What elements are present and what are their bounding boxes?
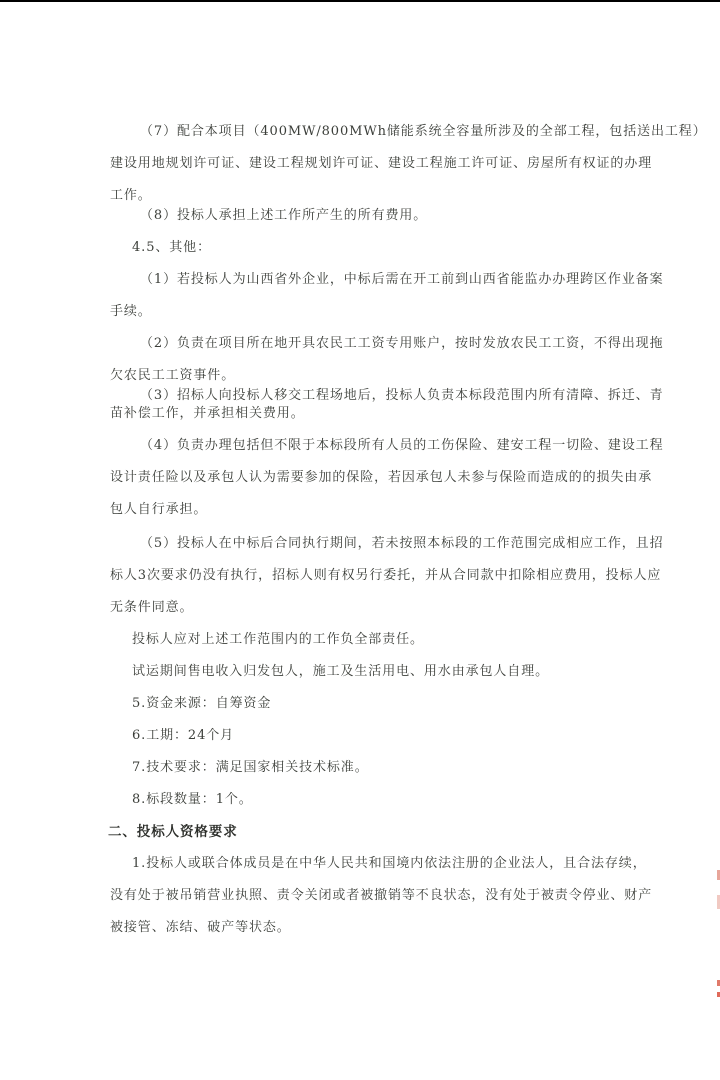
paragraph-line: 被接管、冻结、破产等状态。 [110, 920, 291, 936]
top-edge-bar [0, 0, 720, 2]
paragraph-line: 试运期间售电收入归发包人，施工及生活用电、用水由承包人自理。 [132, 664, 549, 680]
paragraph-line: 5.资金来源：自筹资金 [132, 696, 271, 712]
paragraph-line: 4.5、其他： [132, 240, 211, 256]
paragraph-line: （1）若投标人为山西省外企业，中标后需在开工前到山西省能监办办理跨区作业备案 [140, 272, 663, 288]
paragraph-line: 包人自行承担。 [110, 502, 207, 518]
paragraph-line: 建设用地规划许可证、建设工程规划许可证、建设工程施工许可证、房屋所有权证的办理 [110, 156, 652, 172]
paragraph-line: 没有处于被吊销营业执照、责令关闭或者被撤销等不良状态，没有处于被责令停业、财产 [110, 888, 652, 904]
paragraph-line: （3）招标人向投标人移交工程场地后，投标人负责本标段范围内所有清障、拆迁、青 [140, 388, 663, 404]
paragraph-line: 标人3次要求仍没有执行，招标人则有权另行委托，并从合同款中扣除相应费用，投标人应 [110, 568, 661, 584]
paragraph-line: 设计责任险以及承包人认为需要参加的保险，若因承包人未参与保险而造成的的损失由承 [110, 470, 652, 486]
paragraph-line: 投标人应对上述工作范围内的工作负全部责任。 [132, 632, 424, 648]
paragraph-line: （8）投标人承担上述工作所产生的所有费用。 [140, 208, 427, 224]
paragraph-line: 1.投标人或联合体成员是在中华人民共和国境内依法注册的企业法人，且合法存续， [132, 856, 647, 872]
paragraph-line: 苗补偿工作，并承担相关费用。 [110, 406, 305, 422]
paragraph-line: 6.工期：24个月 [132, 728, 234, 744]
paragraph-line: （2）负责在项目所在地开具农民工工资专用账户，按时发放农民工工资，不得出现拖 [140, 336, 663, 352]
section-heading: 二、投标人资格要求 [108, 824, 238, 840]
paragraph-line: 7.技术要求：满足国家相关技术标准。 [132, 760, 369, 776]
paragraph-line: 欠农民工工资事件。 [110, 368, 235, 384]
paragraph-line: 无条件同意。 [110, 600, 193, 616]
paragraph-line: 手续。 [110, 304, 152, 320]
paragraph-line: 工作。 [110, 188, 152, 204]
paragraph-line: （5）投标人在中标后合同执行期间，若未按照本标段的工作范围完成相应工作，且招 [140, 536, 663, 552]
paragraph-line: （7）配合本项目（400MW/800MWh储能系统全容量所涉及的全部工程，包括送… [140, 124, 707, 140]
paragraph-line: 8.标段数量：1个。 [132, 792, 253, 808]
paragraph-line: （4）负责办理包括但不限于本标段所有人员的工伤保险、建安工程一切险、建设工程 [140, 438, 663, 454]
